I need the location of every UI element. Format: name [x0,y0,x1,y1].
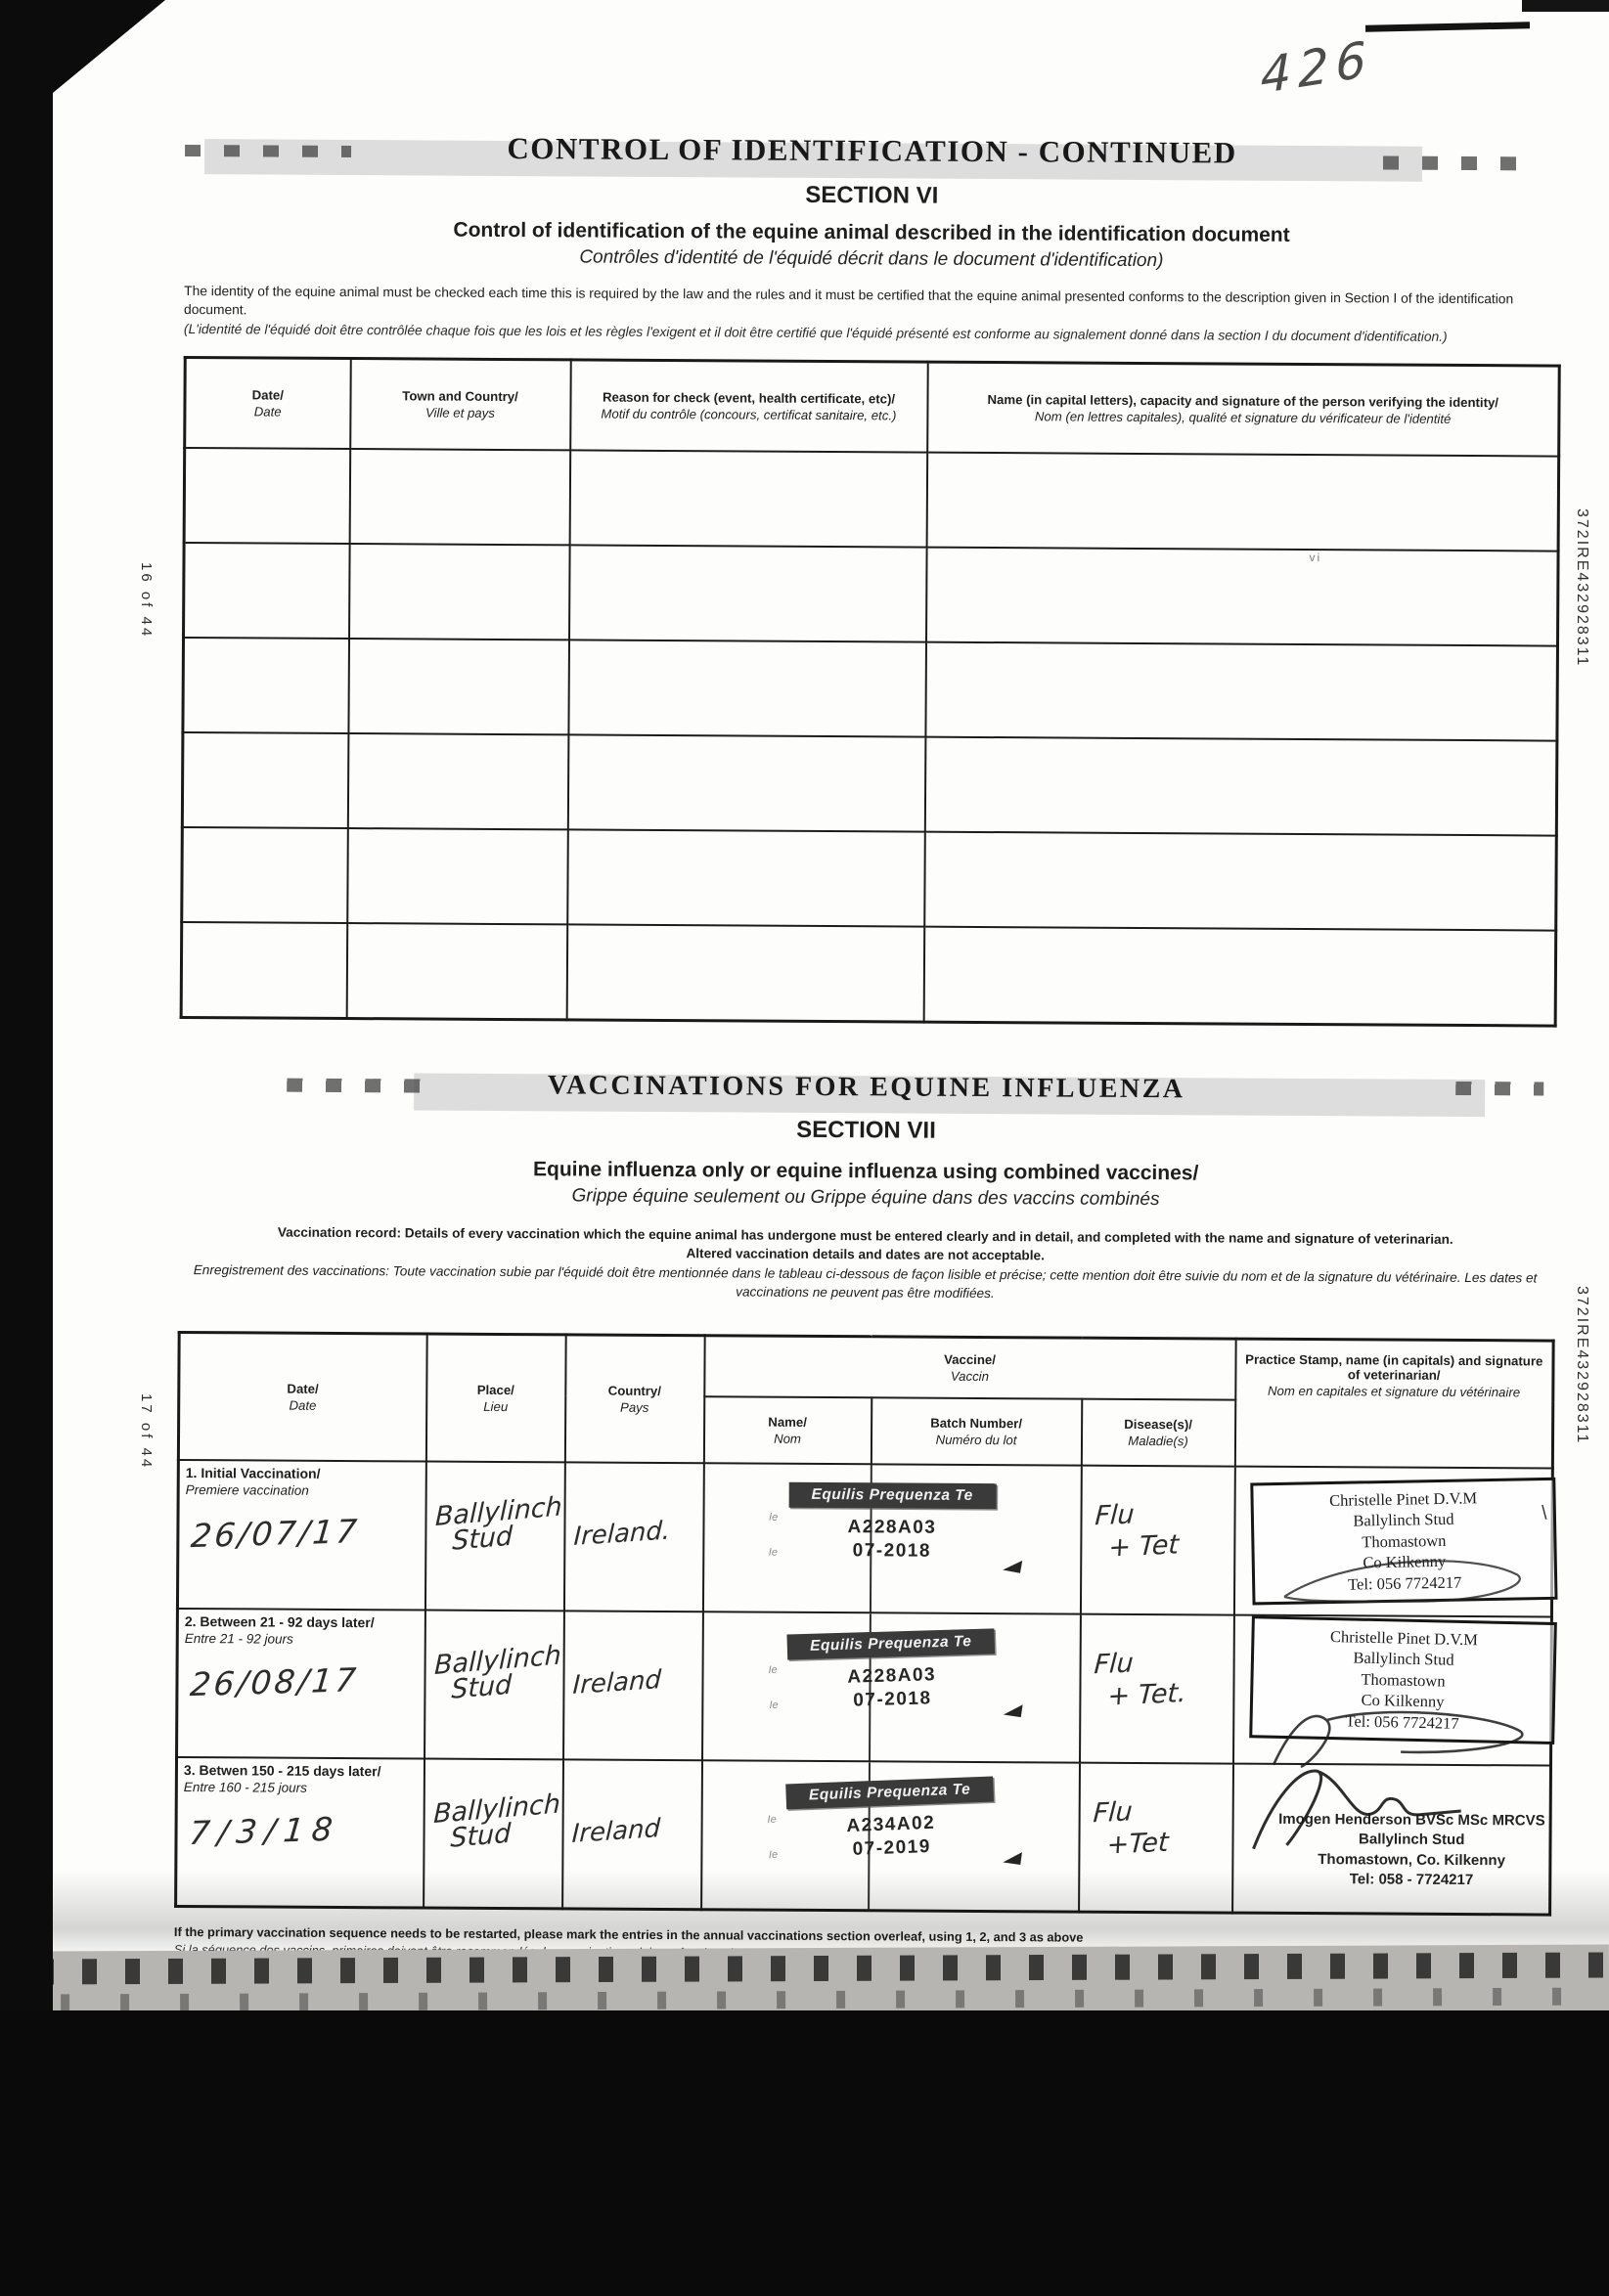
vax-col-vaccine: Vaccine/ Vaccin [704,1336,1235,1400]
row2-practice-stamp: Christelle Pinet D.V.M Ballylinch Stud T… [1233,1615,1552,1766]
section6-title-en: Control of identification of the equine … [184,217,1558,249]
batch-number: A228A03 [788,1516,996,1540]
scan-smudge-dashes [1455,1082,1543,1096]
row1-label-and-date: 1. Initial Vaccination/ Premiere vaccina… [177,1460,425,1611]
expiry-date: 07-2018 [788,1539,996,1564]
vaccination-row-2: 2. Between 21 - 92 days later/ Entre 21 … [177,1609,1552,1766]
scan-artifact-text: vi [1309,551,1321,564]
row1-place: Ballylinch Stud [425,1462,564,1612]
vax-col-country: Country/ Pays [564,1335,704,1463]
row2-place-handwriting: Ballylinch Stud [433,1644,558,1704]
vax-col-disease: Disease(s)/ Maladie(s) [1081,1399,1234,1467]
sticker-micro-mark: Ie [769,1547,778,1559]
section7-note-fr: Enregistrement des vaccinations: Toute v… [178,1260,1552,1306]
page-curl-shadow [53,1870,1609,1952]
sheet-number-top: 16 of 44 [138,562,155,639]
row2-disease-handwriting: Flu + Tet. [1091,1644,1229,1713]
vaccination-row-1: 1. Initial Vaccination/ Premiere vaccina… [177,1460,1552,1617]
row2-date-handwriting: 26/08/17 [189,1659,420,1704]
sticker-micro-mark: Ie [769,1700,779,1711]
section6-title-fr: Contrôles d'identité de l'équidé décrit … [184,244,1558,275]
col-header-reason: Reason for check (event, health certific… [570,360,928,453]
col-header-town-country: Town and Country/ Ville et pays [350,358,571,450]
expiry-date: 07-2018 [788,1685,997,1714]
vaccine-brand-label: Equilis Prequenza Te [786,1629,995,1660]
row1-country-handwriting: Ireland. [572,1515,696,1552]
batch-and-expiry: A228A03 07-2018 [788,1516,996,1564]
sticker-arrow-icon [1003,1557,1022,1572]
vaccine-brand-label: Equilis Prequenza Te [788,1482,996,1509]
row2-country: Ireland [563,1612,703,1761]
col-header-name-signature: Name (in capital letters), capacity and … [927,362,1560,456]
sticker-micro-mark: Ie [769,1512,778,1523]
scan-bottom-black-band [0,2010,1609,2296]
row3-disease-handwriting: Flu +Tet [1090,1792,1228,1862]
vaccine-brand-label: Equilis Prequenza Te [785,1777,994,1810]
row1-date-handwriting: 26/07/17 [190,1511,421,1556]
serial-code-top: 372IRE432928311 [1573,508,1590,667]
scan-top-right-corner-mark [1522,0,1609,12]
section7-banner-title: VACCINATIONS FOR EQUINE INFLUENZA [548,1070,1185,1104]
vaccine-sticker: Equilis Prequenza Te Ie Ie A234A02 07-20… [785,1777,996,1864]
scan-corner-wedge [53,0,165,93]
empty-control-row [182,827,1557,931]
row1-disease-handwriting: Flu + Tet [1092,1495,1229,1565]
row3-country-handwriting: Ireland [571,1812,695,1849]
empty-control-row [182,732,1557,836]
section7-subtitle-en: Equine influenza only or equine influenz… [179,1156,1553,1188]
identification-control-table: Date/ Date Town and Country/ Ville et pa… [180,356,1561,1028]
row2-country-handwriting: Ireland [572,1663,696,1700]
scanned-passport-page: 426 16 of 44 17 of 44 372IRE432928311 37… [0,0,1609,2296]
batch-and-expiry: A228A03 07-2018 [787,1662,996,1715]
empty-control-row [183,638,1558,741]
row1-disease: Flu + Tet [1080,1466,1234,1615]
scan-left-edge [0,0,53,2296]
section6-label: SECTION VI [185,178,1559,214]
scan-smudge-dashes [1383,155,1520,170]
signature-scrawl [1274,1536,1538,1616]
row2-vaccine: Equilis Prequenza Te Ie Ie A228A03 07-20… [702,1612,1081,1762]
scan-smudge-dashes [185,145,351,157]
vax-col-practice-stamp: Practice Stamp, name (in capitals) and s… [1234,1339,1553,1468]
row3-date-handwriting: 7/3/18 [188,1808,419,1853]
sticker-micro-mark: Ie [768,1849,778,1861]
binding-edge-strip [39,1944,1609,2019]
row2-label-and-date: 2. Between 21 - 92 days later/ Entre 21 … [177,1609,425,1759]
batch-and-expiry: A234A02 07-2019 [786,1810,996,1864]
section7-note: Vaccination record: Details of every vac… [178,1222,1552,1306]
vaccination-table: Date/ Date Place/ Lieu Country/ Pays Vac… [174,1331,1555,1916]
empty-control-row [184,448,1559,552]
serial-code-bottom: 372IRE432928311 [1573,1286,1590,1444]
row2-disease: Flu + Tet. [1080,1614,1234,1764]
vax-col-date: Date/ Date [178,1333,426,1462]
section6-banner-title: CONTROL OF IDENTIFICATION - CONTINUED [507,131,1236,170]
vax-col-name: Name/ Nom [703,1396,871,1464]
empty-control-row [184,543,1559,646]
vax-col-place: Place/ Lieu [425,1334,565,1462]
sticker-micro-mark: Ie [767,1814,777,1826]
row1-vaccine: Equilis Prequenza Te Ie Ie A228A03 07-20… [702,1463,1081,1613]
row1-place-handwriting: Ballylinch Stud [434,1495,559,1556]
section7-banner: VACCINATIONS FOR EQUINE INFLUENZA [179,1068,1553,1108]
page-content: CONTROL OF IDENTIFICATION - CONTINUED SE… [174,0,1560,1966]
section7-label: SECTION VII [179,1113,1553,1149]
table-header-row: Date/ Date Town and Country/ Ville et pa… [185,357,1560,456]
vaccine-sticker: Equilis Prequenza Te Ie Ie A228A03 07-20… [788,1482,996,1564]
row2-place: Ballylinch Stud [425,1611,564,1760]
section6-banner: CONTROL OF IDENTIFICATION - CONTINUED [185,129,1559,173]
sticker-arrow-icon [1003,1701,1022,1716]
section6-intro: The identity of the equine animal must b… [184,282,1558,347]
row1-country: Ireland. [563,1463,703,1612]
sticker-arrow-icon [1003,1849,1022,1864]
row1-practice-stamp: Christelle Pinet D.V.M Ballylinch Stud T… [1233,1467,1552,1617]
row3-place-handwriting: Ballylinch Stud [432,1792,557,1853]
section7-subtitle-fr: Grippe équine seulement ou Grippe équine… [178,1183,1552,1214]
vaccine-sticker: Equilis Prequenza Te Ie Ie A228A03 07-20… [786,1629,996,1715]
col-header-date: Date/ Date [185,357,351,449]
empty-control-row [181,922,1556,1026]
scan-smudge-dashes [287,1079,433,1093]
vaccination-header-row1: Date/ Date Place/ Lieu Country/ Pays Vac… [179,1333,1553,1402]
vax-col-batch: Batch Number/ Numéro du lot [871,1397,1081,1465]
scan-stray-mark: \ [1542,1503,1547,1525]
signature-scrawl [1233,1759,1469,1858]
sticker-micro-mark: Ie [768,1664,778,1676]
sheet-number-bottom: 17 of 44 [138,1393,155,1470]
